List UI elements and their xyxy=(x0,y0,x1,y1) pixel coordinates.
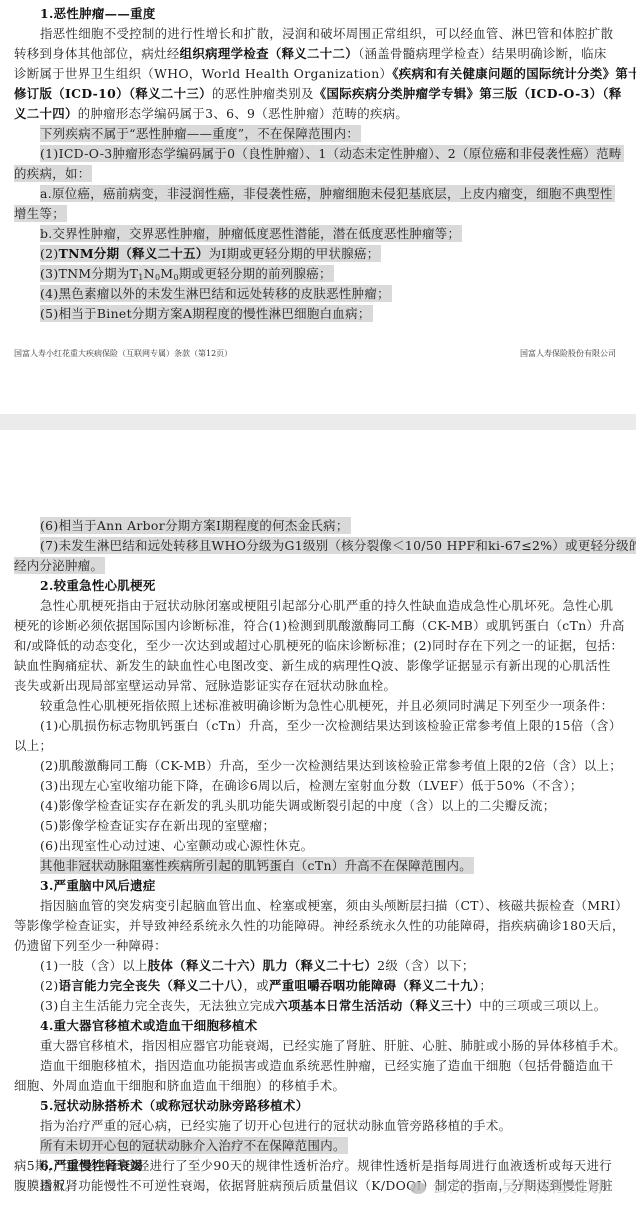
page-footer-title: 国富人寿小红花重大疾病保险（互联网专属）条款（第12页） xyxy=(14,348,232,359)
definition-ref: 六项基本日常生活活动（释义三十） xyxy=(275,998,479,1013)
criteria-item-5: (5)影像学检查证实存在新出现的室壁瘤； xyxy=(0,816,636,835)
exclusion-note: 其他非冠状动脉阻塞性疾病所引起的肌钙蛋白（cTn）升高不在保障范围内。 xyxy=(0,856,636,875)
definition-ref: 《国际疾病分类肿瘤学专辑》第三版（ICD-O-3）（释 xyxy=(314,86,622,101)
criteria-intro: 较重急性心肌梗死指依照上述标准被明确诊断为急性心肌梗死，并且必须同时满足下列至少… xyxy=(0,696,636,715)
paragraph-line: 病5期，且经诊断后已经进行了至少90天的规律性透析治疗。规律性透析是指每周进行血… xyxy=(0,1156,636,1175)
section-heading-myocardial-infarction: 2.较重急性心肌梗死 xyxy=(0,576,636,595)
criteria-item-4: (4)影像学检查证实存在新发的乳头肌功能失调或断裂引起的中度（含）以上的二尖瓣反… xyxy=(0,796,636,815)
exclusion-item-7: (7)未发生淋巴结和远处转移且WHO分级为G1级别（核分裂像＜10/50 HPF… xyxy=(0,536,636,555)
paragraph-line: 造血干细胞移植术，指因造血功能损害或造血系统恶性肿瘤，已经实施了造血干细胞（包括… xyxy=(0,1056,636,1075)
section-heading-malignant-tumor: 1.恶性肿瘤——重度 xyxy=(0,4,636,23)
paragraph-line: 梗死的诊断必须依据国际国内诊断标准，符合(1)检测到肌酸激酶同工酶（CK-MB）… xyxy=(0,616,636,635)
section-heading-transplant: 4.重大器官移植术或造血干细胞移植术 xyxy=(0,1016,636,1035)
definition-ref: 《疾病和有关健康问题的国际统计分类》第十次 xyxy=(392,66,636,81)
paragraph-line: 缺血性胸痛症状、新发生的缺血性心电图改变、新生成的病理性Q波、影像学证据显示有新… xyxy=(0,656,636,675)
exclusion-note: 所有未切开心包的冠状动脉介入治疗不在保障范围内。 xyxy=(0,1136,636,1155)
definition-ref: 语言能力完全丧失（释义二十八） xyxy=(59,978,244,993)
section-heading-cabg: 5.冠状动脉搭桥术（或称冠状动脉旁路移植术） xyxy=(0,1096,636,1115)
exclusion-item-2: (2)TNM分期（释义二十五）为I期或更轻分期的甲状腺癌； xyxy=(0,244,636,263)
document-page-12: 1.恶性肿瘤——重度 指恶性细胞不受控制的进行性增长和扩散，浸润和破坏周围正常组… xyxy=(0,0,636,414)
paragraph-line: 和/或降低的动态变化，至少一次达到或超过心肌梗死的临床诊断标准；(2)同时存在下… xyxy=(0,636,636,655)
definition-ref: TNM分期（释义二十五） xyxy=(59,246,209,261)
definition-ref: 严重咀嚼吞咽功能障碍（释义二十九） xyxy=(269,978,479,993)
definition-ref: 组织病理学检查（释义二十二） xyxy=(180,46,358,61)
paragraph-line: 指因脑血管的突发病变引起脑血管出血、栓塞或梗塞，须由头颅断层扫描（CT）、核磁共… xyxy=(0,896,636,915)
exclusion-intro: 下列疾病不属于“恶性肿瘤——重度”，不在保障范围内： xyxy=(0,124,636,143)
exclusion-item-6: (6)相当于Ann Arbor分期方案I期程度的何杰金氏病； xyxy=(0,516,636,535)
criteria-item-3: (3)出现左心室收缩功能下降，在确诊6周以后，检测左室射血分数（LVEF）低于5… xyxy=(0,776,636,795)
criteria-item-2: (2)语言能力完全丧失（释义二十八），或严重咀嚼吞咽功能障碍（释义二十九）； xyxy=(0,976,636,995)
paragraph-line: 义二十四）的肿瘤形态学编码属于3、6、9（恶性肿瘤）范畴的疾病。 xyxy=(0,104,636,123)
criteria-item-1-cont: 以上； xyxy=(0,736,636,755)
paragraph-line: 仍遗留下列至少一种障碍： xyxy=(0,936,636,955)
paragraph-line: 丧失或新出现局部室壁运动异常、冠脉造影证实存在冠状动脉血栓。 xyxy=(0,676,636,695)
exclusion-item-5: (5)相当于Binet分期方案A期程度的慢性淋巴细胞白血病； xyxy=(0,304,636,323)
paragraph-line: 重大器官移植术，指因相应器官功能衰竭，已经实施了肾脏、肝脏、心脏、肺脏或小肠的异… xyxy=(0,1036,636,1055)
definition-ref: 义二十四） xyxy=(14,106,78,121)
criteria-item-3: (3)自主生活能力完全丧失，无法独立完成六项基本日常生活活动（释义三十）中的三项… xyxy=(0,996,636,1015)
criteria-item-6: (6)出现室性心动过速、心室颤动或心源性休克。 xyxy=(0,836,636,855)
paragraph-line: 急性心肌梗死指由于冠状动脉闭塞或梗阻引起部分心肌严重的持久性缺血造成急性心肌坏死… xyxy=(0,596,636,615)
criteria-item-1: (1)一肢（含）以上肢体（释义二十六）肌力（释义二十七）2级（含）以下； xyxy=(0,956,636,975)
paragraph-line: 诊断属于世界卫生组织（WHO，World Health Organization… xyxy=(0,64,636,83)
criteria-item-2: (2)肌酸激酶同工酶（CK-MB）升高，至少一次检测结果达到该检验正常参考值上限… xyxy=(0,756,636,775)
paragraph-line: 细胞、外周血造血干细胞和脐血造血干细胞）的移植手术。 xyxy=(0,1076,636,1095)
watermark: 公众号 · 吴华保险规划 xyxy=(410,1174,603,1197)
exclusion-item-1-cont: 的疾病，如： xyxy=(0,164,636,183)
exclusion-item-a-cont: 增生等； xyxy=(0,204,636,223)
section-heading-stroke: 3.严重脑中风后遗症 xyxy=(0,876,636,895)
paragraph-line: 等影像学检查证实，并导致神经系统永久性的功能障碍。神经系统永久性的功能障碍，指疾… xyxy=(0,916,636,935)
exclusion-item-7-cont: 经内分泌肿瘤。 xyxy=(0,556,636,575)
exclusion-item-a: a.原位癌，癌前病变，非浸润性癌，非侵袭性癌，肿瘤细胞未侵犯基底层，上皮内瘤变，… xyxy=(0,184,636,203)
exclusion-item-b: b.交界性肿瘤，交界恶性肿瘤，肿瘤低度恶性潜能，潜在低度恶性肿瘤等； xyxy=(0,224,636,243)
page-separator xyxy=(0,414,636,430)
exclusion-item-1: (1)ICD-O-3肿瘤形态学编码属于0（良性肿瘤）、1（动态未定性肿瘤）、2（… xyxy=(0,144,636,163)
paragraph-line: 指为治疗严重的冠心病，已经实施了切开心包进行的冠状动脉血管旁路移植的手术。 xyxy=(0,1116,636,1135)
exclusion-item-3: (3)TNM分期为T1N0M0期或更轻分期的前列腺癌； xyxy=(0,264,636,283)
exclusion-item-4: (4)黑色素瘤以外的未发生淋巴结和远处转移的皮肤恶性肿瘤； xyxy=(0,284,636,303)
criteria-item-1: (1)心肌损伤标志物肌钙蛋白（cTn）升高，至少一次检测结果达到该检验正常参考值… xyxy=(0,716,636,735)
paragraph-line: 指恶性细胞不受控制的进行性增长和扩散，浸润和破坏周围正常组织，可以经血管、淋巴管… xyxy=(0,24,636,43)
paragraph-line: 修订版（ICD-10）（释义二十三）的恶性肿瘤类别及《国际疾病分类肿瘤学专辑》第… xyxy=(0,84,636,103)
definition-ref: 肢体（释义二十六）肌力（释义二十七） xyxy=(148,958,377,973)
page-footer-company: 国富人寿保险股份有限公司 xyxy=(520,348,616,359)
document-page-13: (6)相当于Ann Arbor分期方案I期程度的何杰金氏病； (7)未发生淋巴结… xyxy=(0,430,636,1200)
paragraph-line: 转移到身体其他部位，病灶经组织病理学检查（释义二十二）（涵盖骨髓病理学检查）结果… xyxy=(0,44,636,63)
wechat-icon xyxy=(410,1182,426,1194)
definition-ref: 修订版（ICD-10）（释义二十三） xyxy=(14,86,212,101)
